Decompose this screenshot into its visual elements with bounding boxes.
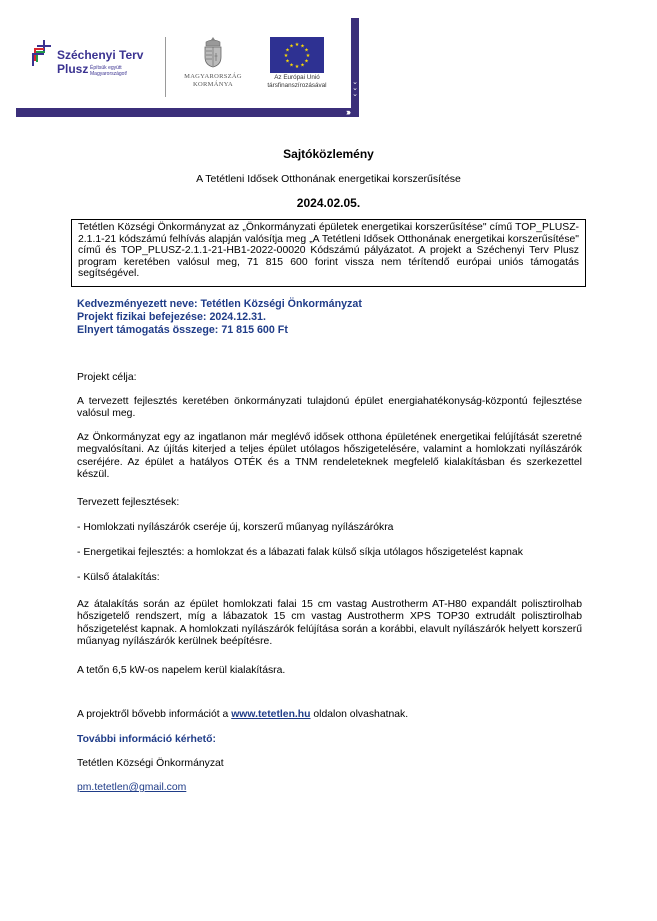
paragraph-2: Az átalakítás során az épület homlokzati… [77, 599, 582, 648]
contact-email-link[interactable]: pm.tetetlen@gmail.com [77, 782, 186, 793]
svg-text:★: ★ [289, 63, 294, 69]
goal-text: A tervezett fejlesztés keretében önkormá… [77, 396, 582, 421]
eu-stars-icon: ★★★★★★★★★★★★ [270, 37, 324, 73]
government-line-2: KORMÁNYA [178, 81, 248, 89]
slogan-line-2: Magyarországot! [90, 71, 127, 77]
szechenyi-slogan: Építsük együtt Magyarországot! [90, 65, 127, 77]
more-info-suffix: oldalon olvashatnak. [311, 709, 409, 720]
eu-flag: ★★★★★★★★★★★★ [270, 37, 324, 73]
eu-line-2: társfinanszírozásával [258, 82, 336, 90]
contact-org: Tetétlen Községi Önkormányzat [77, 758, 582, 770]
page-title: Sajtóközlemény [0, 147, 657, 161]
planned-item-3: - Külső átalakítás: [77, 572, 582, 584]
svg-text:★: ★ [289, 43, 294, 49]
contact-heading: További információ kérhető: [77, 734, 582, 746]
planned-heading: Tervezett fejlesztések: [77, 497, 582, 509]
header-vertical-bar [351, 18, 359, 117]
chevrons-icon: ››› [346, 108, 349, 117]
svg-text:★: ★ [300, 63, 305, 69]
coat-of-arms-icon [202, 37, 224, 69]
paragraph-1: Az Önkormányzat egy az ingatlanon már me… [77, 432, 582, 481]
more-info-prefix: A projektről bővebb információt a [77, 709, 231, 720]
more-info: A projektről bővebb információt a www.te… [77, 709, 582, 721]
eu-line-1: Az Európai Unió [258, 74, 336, 82]
release-date: 2024.02.05. [0, 196, 657, 210]
project-info: Kedvezményezett neve: Tetétlen Községi Ö… [77, 298, 362, 337]
eu-cofinance-text: Az Európai Unió társfinanszírozásával [258, 74, 336, 90]
svg-text:★: ★ [284, 53, 289, 59]
svg-text:★: ★ [304, 59, 309, 65]
planned-item-2: - Energetikai fejlesztés: a homlokzat és… [77, 547, 582, 559]
page-subtitle: A Tetétleni Idősek Otthonának energetika… [0, 173, 657, 185]
beneficiary: Kedvezményezett neve: Tetétlen Községi Ö… [77, 298, 362, 311]
logo-separator [165, 37, 166, 97]
szechenyi-cross-icon [32, 40, 58, 68]
goal-heading: Projekt célja: [77, 372, 582, 384]
vertical-chevrons-icon: ⌄⌄⌄ [351, 80, 359, 98]
planned-item-1: - Homlokzati nyílászárók cseréje új, kor… [77, 522, 582, 534]
szechenyi-title: Széchenyi Terv [57, 48, 143, 62]
paragraph-3: A tetőn 6,5 kW-os napelem kerül kialakít… [77, 665, 582, 677]
website-link[interactable]: www.tetetlen.hu [231, 709, 310, 720]
government-name: MAGYARORSZÁG KORMÁNYA [178, 73, 248, 89]
svg-text:★: ★ [295, 42, 300, 48]
grant-amount: Elnyert támogatás összege: 71 815 600 Ft [77, 324, 362, 337]
government-line-1: MAGYARORSZÁG [178, 73, 248, 81]
header-horizontal-bar: ››› [16, 108, 359, 117]
contact-email-line: pm.tetetlen@gmail.com [77, 782, 582, 794]
completion-date: Projekt fizikai befejezése: 2024.12.31. [77, 311, 362, 324]
szechenyi-plusz: Plusz [57, 62, 88, 76]
svg-text:★: ★ [285, 59, 290, 65]
summary-box: Tetétlen Községi Önkormányzat az „Önkorm… [71, 219, 586, 287]
svg-text:★: ★ [295, 64, 300, 70]
